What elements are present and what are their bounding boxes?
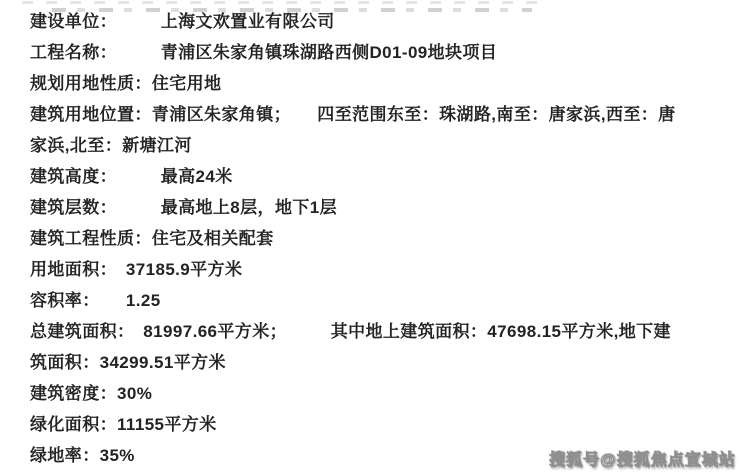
row-site-location-cont: 家浜,北至：新塘江河 (30, 130, 740, 161)
row-project-name: 工程名称： 青浦区朱家角镇珠湖路西侧D01-09地块项目 (30, 37, 740, 68)
row-site-location: 建筑用地位置：青浦区朱家角镇； 四至范围东至：珠湖路,南至：唐家浜,西至：唐 (30, 99, 740, 130)
project-info-document: 建设单位： 上海文欢置业有限公司 工程名称： 青浦区朱家角镇珠湖路西侧D01-0… (0, 0, 740, 472)
row-plot-ratio: 容积率： 1.25 (30, 285, 740, 316)
row-land-area: 用地面积： 37185.9平方米 (30, 254, 740, 285)
row-total-floor-area: 总建筑面积： 81997.66平方米； 其中地上建筑面积：47698.15平方米… (30, 316, 740, 347)
row-building-floors: 建筑层数： 最高地上8层，地下1层 (30, 192, 740, 223)
row-total-floor-area-cont: 筑面积：34299.51平方米 (30, 347, 740, 378)
row-green-area: 绿化面积：11155平方米 (30, 409, 740, 440)
clipped-text-row-faint (22, 1, 542, 4)
row-construction-unit: 建设单位： 上海文欢置业有限公司 (30, 6, 740, 37)
row-building-density: 建筑密度：30% (30, 378, 740, 409)
row-planned-land-use: 规划用地性质：住宅用地 (30, 68, 740, 99)
row-project-nature: 建筑工程性质：住宅及相关配套 (30, 223, 740, 254)
project-details-list: 建设单位： 上海文欢置业有限公司 工程名称： 青浦区朱家角镇珠湖路西侧D01-0… (0, 6, 740, 471)
sohu-watermark: 搜狐号@搜狐焦点宣城站 (549, 447, 736, 470)
row-building-height: 建筑高度： 最高24米 (30, 161, 740, 192)
